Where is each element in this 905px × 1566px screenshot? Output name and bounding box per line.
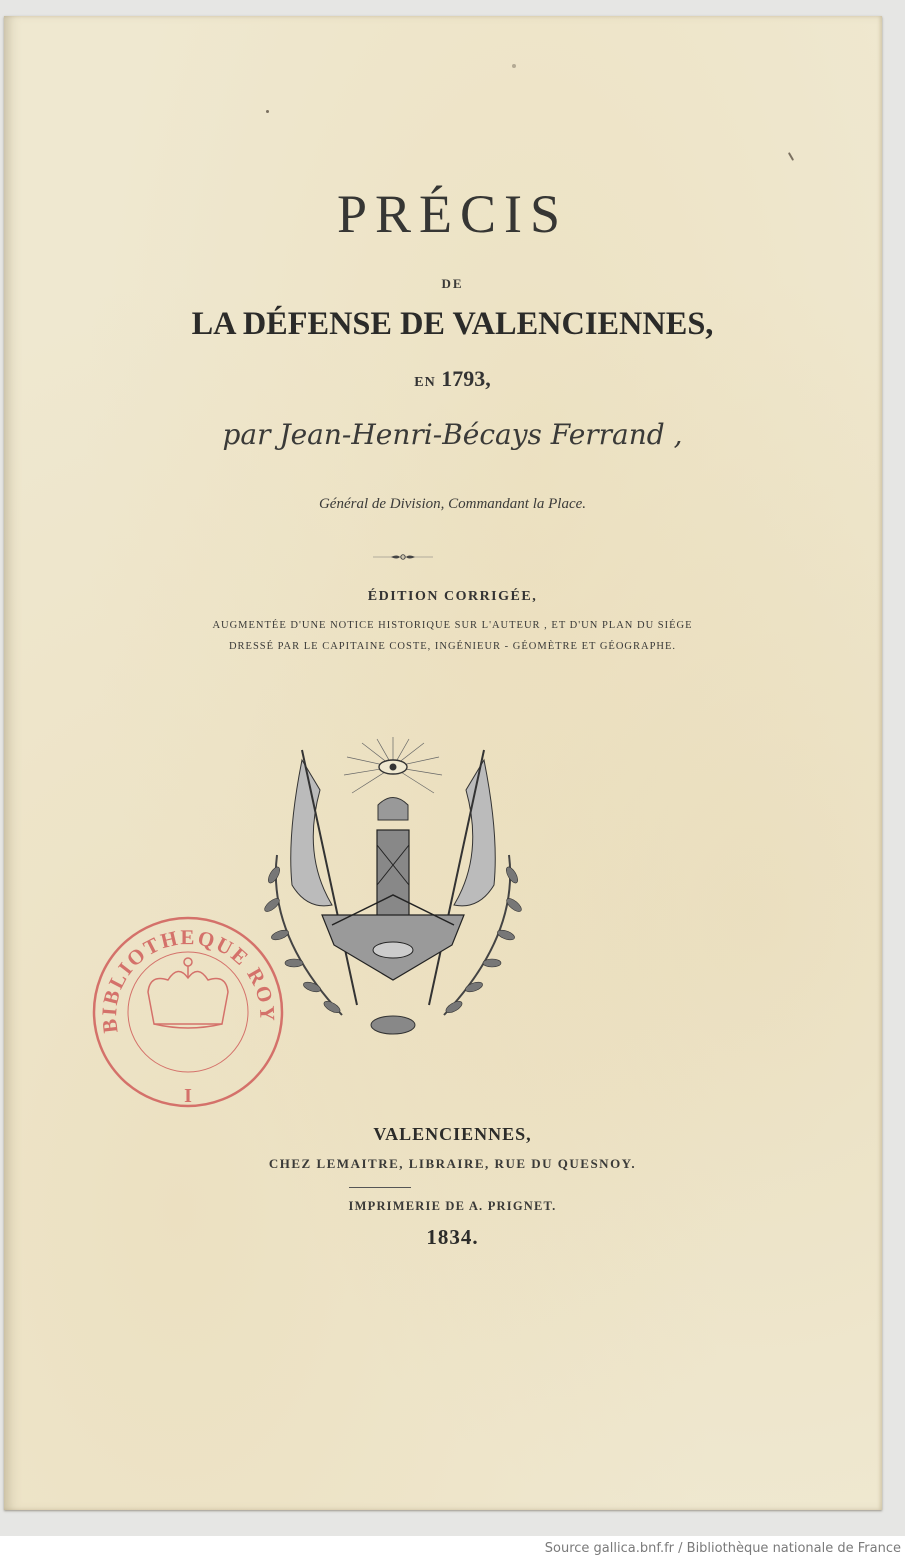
author-line: par Jean-Henri-Bécays Ferrand , xyxy=(0,418,905,451)
title-de: DE xyxy=(0,276,905,292)
stamp-number: I xyxy=(184,1085,192,1107)
title-main: LA DÉFENSE DE VALENCIENNES, xyxy=(9,306,896,343)
emblem-engraving-icon xyxy=(262,735,524,1040)
augment-line-1: AUGMENTÉE D'UNE NOTICE HISTORIQUE SUR L'… xyxy=(0,620,905,631)
paper-speck xyxy=(512,64,516,68)
imprint-city: VALENCIENNES, xyxy=(0,1124,905,1145)
imprint-publisher: CHEZ LEMAITRE, LIBRAIRE, RUE DU QUESNOY. xyxy=(0,1156,905,1172)
library-stamp: BIBLIOTHEQUE ROYALE I xyxy=(88,912,288,1112)
title-year-prefix: EN xyxy=(414,375,435,390)
edition-label: ÉDITION CORRIGÉE, xyxy=(0,589,905,605)
crown-icon xyxy=(148,958,228,1028)
paper-speck xyxy=(788,152,794,161)
title-year-value: 1793, xyxy=(441,366,491,391)
title-year: EN 1793, xyxy=(0,366,905,392)
author-rank: Général de Division, Commandant la Place… xyxy=(0,496,905,513)
imprint-year: 1834. xyxy=(0,1225,905,1250)
imprint-rule xyxy=(349,1187,411,1188)
ornament-divider xyxy=(373,553,433,561)
paper-speck xyxy=(266,110,269,113)
augment-line-2: DRESSÉ PAR LE CAPITAINE COSTE, INGÉNIEUR… xyxy=(0,641,905,652)
imprint-printer: IMPRIMERIE DE A. PRIGNET. xyxy=(0,1199,905,1214)
source-footer: Source gallica.bnf.fr / Bibliothèque nat… xyxy=(545,1541,901,1556)
title-precis: PRÉCIS xyxy=(0,183,905,245)
